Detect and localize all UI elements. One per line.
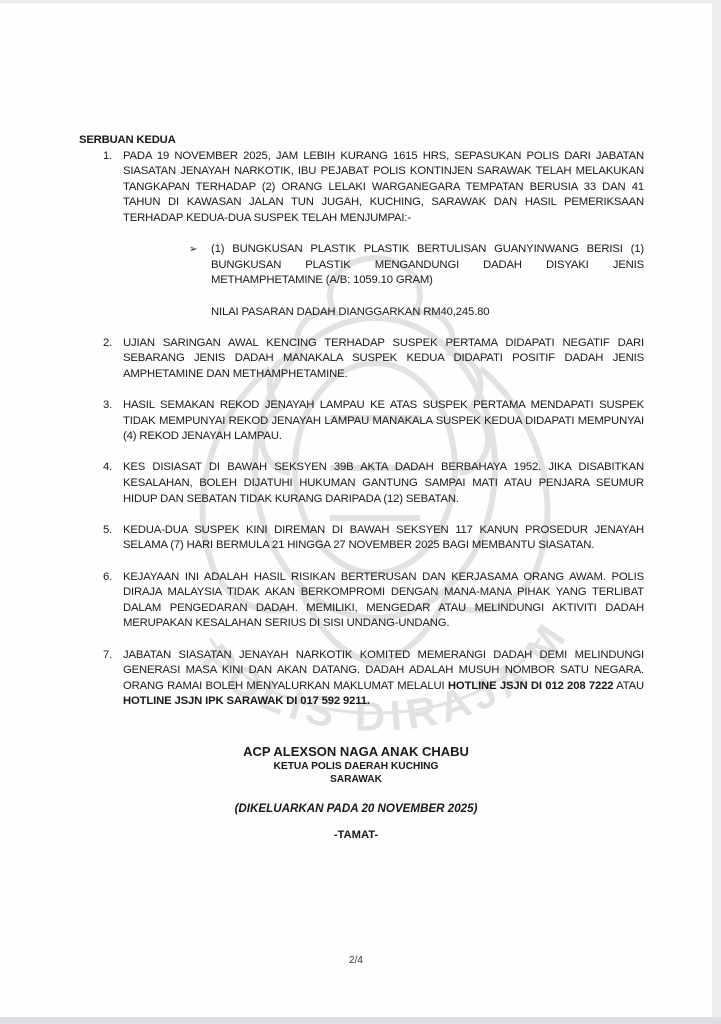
- item-number: 2.: [103, 336, 112, 352]
- issued-date: (DIKELUARKAN PADA 20 NOVEMBER 2025): [0, 802, 712, 815]
- signatory-name: ACP ALEXSON NAGA ANAK CHABU: [0, 744, 712, 760]
- item-number: 5.: [103, 523, 112, 539]
- document-body: SERBUAN KEDUA 1. PADA 19 NOVEMBER 2025, …: [79, 133, 644, 710]
- list-item-3: 3. HASIL SEMAKAN REKOD JENAYAH LAMPAU KE…: [79, 398, 644, 445]
- list-item-2: 2. UJIAN SARINGAN AWAL KENCING TERHADAP …: [79, 336, 644, 383]
- market-value: NILAI PASARAN DADAH DIANGGARKAN RM40,245…: [123, 305, 644, 321]
- signatory-region: SARAWAK: [0, 773, 712, 786]
- item-text: KEDUA-DUA SUSPEK KINI DIREMAN DI BAWAH S…: [123, 524, 644, 552]
- item-text: UJIAN SARINGAN AWAL KENCING TERHADAP SUS…: [123, 337, 644, 380]
- item-number: 6.: [103, 570, 112, 586]
- document-page: POLIS DIRAJA MALAYSIA SERBUAN KEDUA 1. P…: [0, 3, 712, 1017]
- signatory-title: KETUA POLIS DAERAH KUCHING: [0, 760, 712, 773]
- list-item-5: 5. KEDUA-DUA SUSPEK KINI DIREMAN DI BAWA…: [79, 523, 644, 554]
- section-heading: SERBUAN KEDUA: [79, 133, 644, 149]
- item-number: 7.: [103, 648, 112, 664]
- viewer-bottom-edge: [0, 1017, 721, 1024]
- item-text: KES DISIASAT DI BAWAH SEKSYEN 39B AKTA D…: [123, 461, 644, 504]
- item-text: KEJAYAAN INI ADALAH HASIL RISIKAN BERTER…: [123, 571, 644, 630]
- viewer-right-edge: [712, 0, 721, 1024]
- list-item-6: 6. KEJAYAAN INI ADALAH HASIL RISIKAN BER…: [79, 570, 644, 632]
- arrow-bullet-icon: ➢: [189, 242, 197, 258]
- list-item-1: 1. PADA 19 NOVEMBER 2025, JAM LEBIH KURA…: [79, 149, 644, 321]
- hotline-jsjn-ipk-sarawak: HOTLINE JSJN IPK SARAWAK DI 017 592 9211…: [123, 695, 370, 707]
- list-item-7: 7. JABATAN SIASATAN JENAYAH NARKOTIK KOM…: [79, 648, 644, 710]
- page-number: 2/4: [0, 955, 712, 966]
- hotline-jsjn: HOTLINE JSJN DI 012 208 7222: [448, 680, 613, 692]
- seized-item-text: (1) BUNGKUSAN PLASTIK PLASTIK BERTULISAN…: [211, 243, 644, 286]
- item-number: 4.: [103, 460, 112, 476]
- seized-item: ➢ (1) BUNGKUSAN PLASTIK PLASTIK BERTULIS…: [123, 242, 644, 289]
- signature-block: ACP ALEXSON NAGA ANAK CHABU KETUA POLIS …: [0, 744, 712, 841]
- item-text: HASIL SEMAKAN REKOD JENAYAH LAMPAU KE AT…: [123, 399, 644, 442]
- list-item-4: 4. KES DISIASAT DI BAWAH SEKSYEN 39B AKT…: [79, 460, 644, 507]
- item-text-middle: ATAU: [613, 680, 644, 692]
- item-number: 3.: [103, 398, 112, 414]
- item-number: 1.: [103, 149, 112, 165]
- item-text: PADA 19 NOVEMBER 2025, JAM LEBIH KURANG …: [123, 150, 644, 224]
- end-marker: -TAMAT-: [0, 829, 712, 841]
